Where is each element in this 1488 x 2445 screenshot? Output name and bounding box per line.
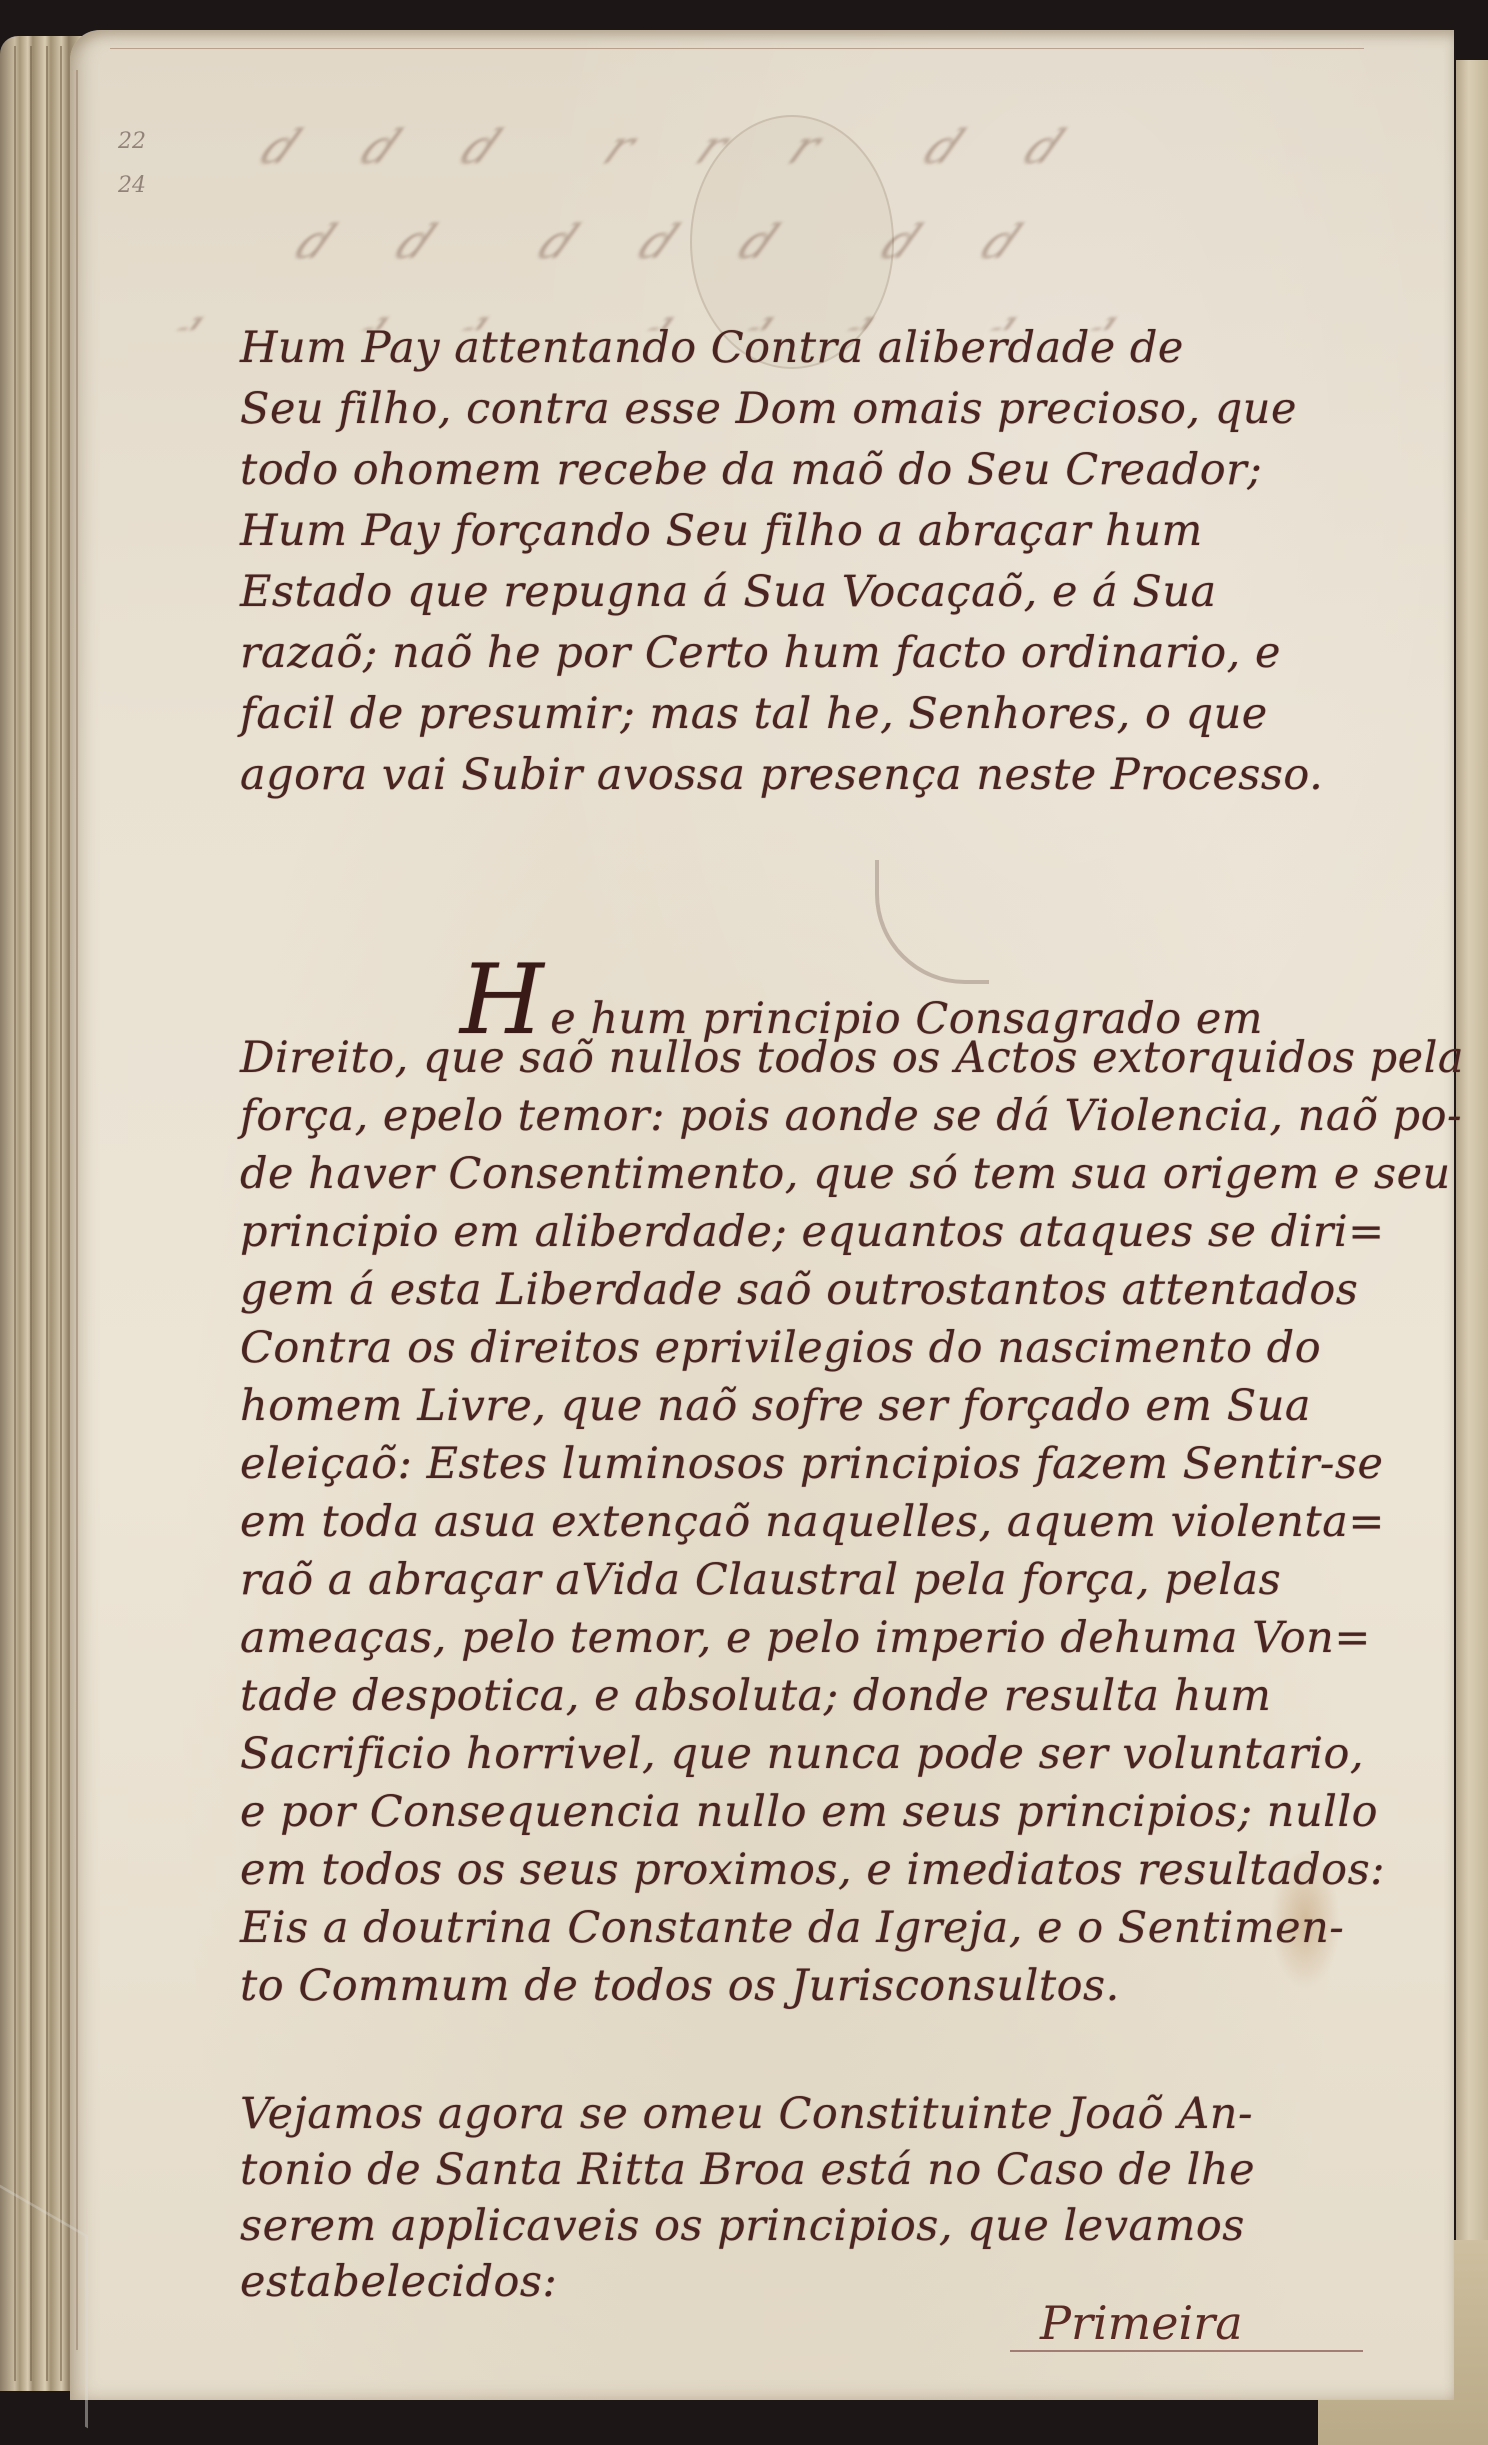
- text-line: em todos os seus proximos, e imediatos r…: [240, 1840, 1470, 1898]
- text-line: serem applicaveis os principios, que lev…: [240, 2196, 1470, 2252]
- text-line: Hum Pay forçando Seu filho a abraçar hum: [240, 501, 1470, 562]
- paragraph-1: Hum Pay attentando Contra aliberdade de …: [240, 318, 1470, 806]
- text-line: e por Consequencia nullo em seus princip…: [240, 1782, 1470, 1840]
- page-edge-line: [30, 46, 32, 2381]
- page-edge-line: [46, 46, 48, 2381]
- text-line: Estado que repugna á Sua Vocaçaõ, e á Su…: [240, 562, 1470, 623]
- text-line: to Commum de todos os Jurisconsultos.: [240, 1956, 1470, 2014]
- text-line: Contra os direitos eprivilegios do nasci…: [240, 1318, 1470, 1376]
- text-line: ameaças, pelo temor, e pelo imperio dehu…: [240, 1608, 1470, 1666]
- text-line: todo ohomem recebe da maõ do Seu Creador…: [240, 440, 1470, 501]
- text-line: tonio de Santa Ritta Broa está no Caso d…: [240, 2140, 1470, 2196]
- text-line: razaõ; naõ he por Certo hum facto ordina…: [240, 623, 1470, 684]
- margin-folio-number: 22 24: [118, 120, 146, 208]
- text-line: Hum Pay attentando Contra aliberdade de: [240, 318, 1470, 379]
- text-line: Eis a doutrina Constante da Igreja, e o …: [240, 1898, 1470, 1956]
- text-line: em toda asua extençaõ naquelles, aquem v…: [240, 1492, 1470, 1550]
- manuscript-photo: d d d r r r d d d d d d d d d d d d d d …: [0, 0, 1488, 2445]
- bleed-through-text: d d d r r r d d d d d d d d d d d d d d …: [169, 100, 1471, 330]
- paragraph-3: Vejamos agora se omeu Constituinte Joaõ …: [240, 2084, 1470, 2308]
- text-line: agora vai Subir avossa presença neste Pr…: [240, 745, 1470, 806]
- text-line: tade despotica, e absoluta; donde result…: [240, 1666, 1470, 1724]
- text-line: Direito, que saõ nullos todos os Actos e…: [240, 1028, 1470, 1086]
- text-line-opening: He hum principio Consagrado em: [240, 970, 1470, 1028]
- text-line: facil de presumir; mas tal he, Senhores,…: [240, 684, 1470, 745]
- text-line: Seu filho, contra esse Dom omais precios…: [240, 379, 1470, 440]
- paragraph-2: He hum principio Consagrado em Direito, …: [240, 970, 1470, 2014]
- text-line: força, epelo temor: pois aonde se dá Vio…: [240, 1086, 1470, 1144]
- page-top-rule: [110, 48, 1364, 49]
- text-line: Sacrificio horrivel, que nunca pode ser …: [240, 1724, 1470, 1782]
- catchword: Primeira: [1010, 2296, 1363, 2352]
- page-edge-line: [14, 46, 16, 2381]
- text-line: homem Livre, que naõ sofre ser forçado e…: [240, 1376, 1470, 1434]
- text-line: Vejamos agora se omeu Constituinte Joaõ …: [240, 2084, 1470, 2140]
- page-left-rule: [76, 70, 78, 2350]
- text-line: principio em aliberdade; equantos ataque…: [240, 1202, 1470, 1260]
- text-line: raõ a abraçar aVida Claustral pela força…: [240, 1550, 1470, 1608]
- text-line: gem á esta Liberdade saõ outrostantos at…: [240, 1260, 1470, 1318]
- text-line: de haver Consentimento, que só tem sua o…: [240, 1144, 1470, 1202]
- text-line: eleiçaõ: Estes luminosos principios faze…: [240, 1434, 1470, 1492]
- page-edge-line: [60, 46, 62, 2381]
